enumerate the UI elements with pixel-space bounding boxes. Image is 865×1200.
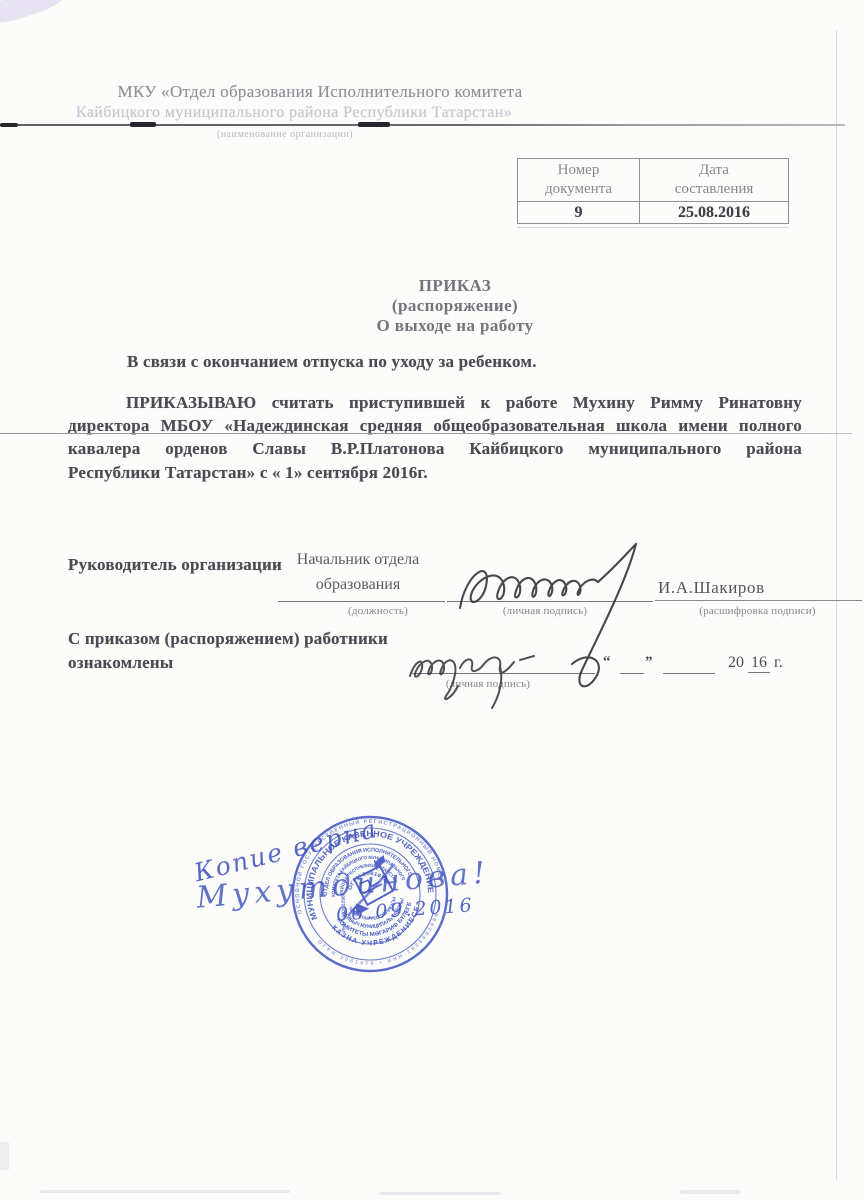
year-value: 16: [748, 654, 770, 673]
scan-line-artifact-top: [0, 124, 845, 126]
year-suffix: г.: [774, 654, 783, 673]
table-scan-shadow: [517, 227, 789, 228]
scan-dash-artifact: [358, 122, 390, 127]
scan-dash-artifact: [0, 123, 18, 127]
doc-number-value: 9: [518, 201, 640, 223]
paragraph-2-line1: ПРИКАЗЫВАЮ считать приступившей к работе…: [68, 391, 802, 414]
position-underline: [278, 601, 445, 602]
name-underline: [655, 600, 862, 601]
scanned-order-page: МКУ «Отдел образования Исполнительного к…: [0, 0, 865, 1200]
body-paragraph-1: В связи с окончанием отпуска по уходу за…: [127, 352, 537, 372]
document-meta-table: Номер документа Дата составления 9 25.08…: [517, 158, 789, 224]
scan-edge-mark: [0, 1142, 9, 1170]
scan-dash-artifact: [130, 122, 156, 127]
scan-bottom-artifact: [680, 1190, 740, 1194]
scan-line-artifact-middle: [0, 433, 852, 434]
doc-title-line2: (распоряжение): [255, 296, 655, 316]
year-row: 2016г.: [728, 654, 783, 673]
doc-title-line1: ПРИКАЗ: [255, 276, 655, 296]
year-prefix: 20: [728, 654, 744, 673]
doc-title-line3: О выходе на работу: [255, 316, 655, 336]
body-paragraph-2: ПРИКАЗЫВАЮ считать приступившей к работе…: [68, 391, 802, 484]
leader-label: Руководитель организации: [68, 555, 282, 575]
position-line2: образования: [288, 576, 428, 594]
table-value-row: 9 25.08.2016: [518, 201, 788, 223]
org-name-line1: МКУ «Отдел образования Исполнительного к…: [90, 82, 550, 102]
ack-label-line2: ознакомлены: [68, 653, 173, 673]
paragraph-2-line4: Республики Татарстан» с « 1» сентября 20…: [68, 461, 802, 484]
corner-smudge-artifact: [0, 0, 68, 28]
doc-date-value: 25.08.2016: [640, 201, 788, 223]
scan-bottom-artifact: [380, 1192, 500, 1195]
table-header-row: Номер документа Дата составления: [518, 159, 788, 201]
caption-position: (должность): [318, 605, 438, 617]
employee-signature-drawing: [402, 630, 602, 715]
org-caption: (наименование организации): [135, 129, 435, 140]
header-doc-number: Номер документа: [518, 159, 640, 201]
scan-bottom-artifact: [40, 1190, 290, 1193]
org-name-line2: Кайбицкого муниципального района Республ…: [44, 104, 544, 122]
paragraph-2-line3: кавалера орденов Славы В.Р.Платонова Кай…: [68, 437, 802, 460]
header-doc-date: Дата составления: [640, 159, 788, 201]
position-line1: Начальник отдела: [288, 551, 428, 569]
ack-label-line1: С приказом (распоряжением) работники: [68, 629, 388, 649]
caption-name-decryption: (расшифровка подписи): [650, 605, 865, 617]
